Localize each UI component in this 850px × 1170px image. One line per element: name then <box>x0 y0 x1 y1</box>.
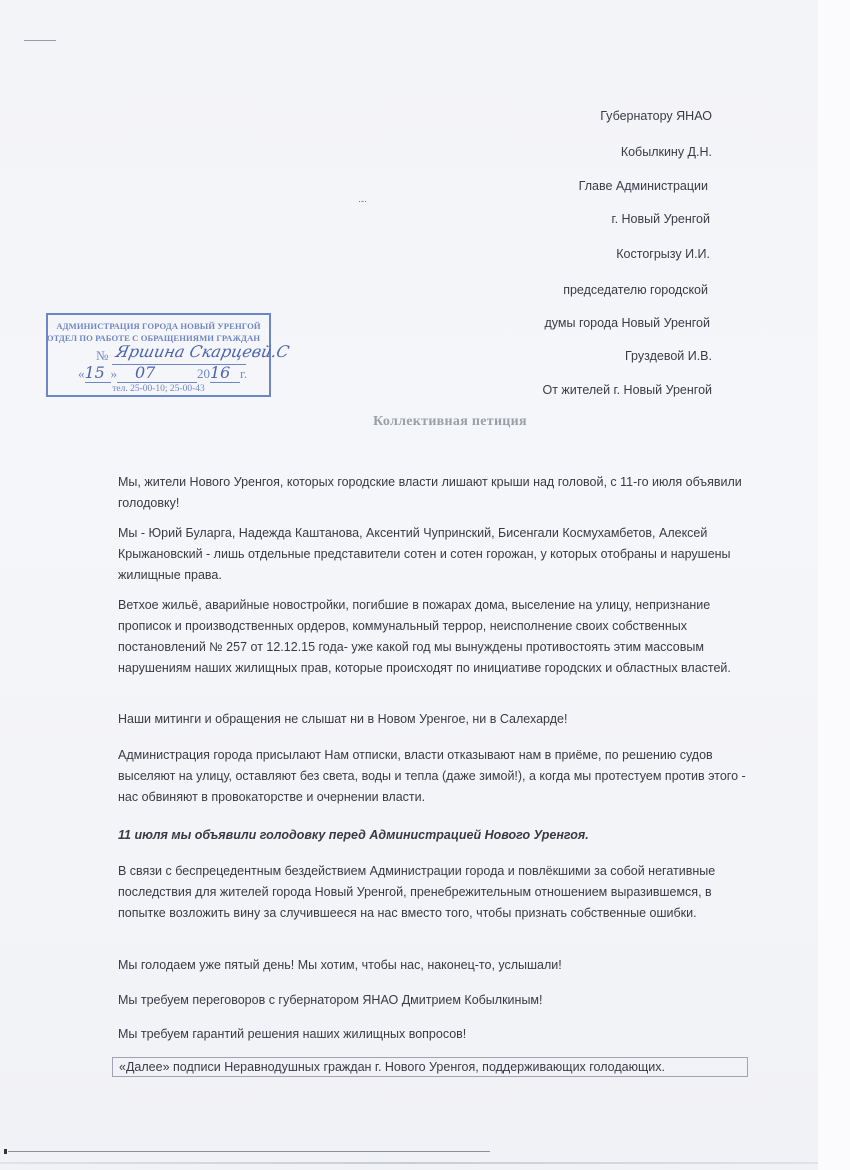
paragraph-demand-guarantees: Мы требуем гарантий решения наших жилищн… <box>118 1024 758 1045</box>
addressee-line: Губернатору ЯНАО <box>600 109 712 123</box>
addressee-line: Главе Администрации <box>579 179 708 193</box>
corner-mark <box>24 40 56 41</box>
date-year-suffix: 16 <box>210 363 234 383</box>
paragraph-not-heard: Наши митинги и обращения не слышат ни в … <box>118 709 758 730</box>
addressee-line: Кобылкину Д.Н. <box>621 145 712 159</box>
paragraph-housing-violations: Ветхое жильё, аварийные новостройки, пог… <box>118 595 758 679</box>
paragraph-demand-negotiations: Мы требуем переговоров с губернатором ЯН… <box>118 990 758 1011</box>
stamp-org-name: АДМИНИСТРАЦИЯ ГОРОДА НОВЫЙ УРЕНГОЙ <box>48 321 269 331</box>
date-year-label: г. <box>240 366 247 382</box>
addressee-line: Груздевой И.В. <box>625 349 712 363</box>
page-bottom-edge <box>0 1162 818 1164</box>
stamp-handwritten-signature: Яршина Скарцевй.С <box>114 342 291 361</box>
signatures-note-box: «Далее» подписи Неравнодушных граждан г.… <box>112 1057 748 1077</box>
scan-speck: ·-· <box>358 198 372 204</box>
stamp-date: «15» 07 2016 г. <box>78 363 247 383</box>
date-month: 07 <box>135 363 191 383</box>
paragraph-fifth-day: Мы голодаем уже пятый день! Мы хотим, чт… <box>118 955 758 976</box>
registration-stamp: АДМИНИСТРАЦИЯ ГОРОДА НОВЫЙ УРЕНГОЙ ОТДЕЛ… <box>46 313 271 397</box>
stamp-phones: тел. 25-00-10; 25-00-43 <box>48 384 269 394</box>
addressee-line: председателю городской <box>563 283 708 297</box>
stamp-number-label: № <box>96 348 108 364</box>
document-title: Коллективная петиция <box>0 414 850 430</box>
date-year-prefix: 20 <box>197 366 210 382</box>
addressee-line: Костогрызу И.И. <box>616 247 710 261</box>
paragraph-strike-location: 11 июля мы объявили голодовку перед Адми… <box>118 825 758 846</box>
paragraph-participants: Мы - Юрий Буларга, Надежда Каштанова, Ак… <box>118 523 758 586</box>
paragraph-administration-response: Администрация города присылают Нам отпис… <box>118 745 758 808</box>
scan-margin <box>818 0 850 1170</box>
bottom-rule <box>8 1151 490 1152</box>
scan-mark <box>4 1149 7 1154</box>
document-page: ·-· Губернатору ЯНАО Кобылкину Д.Н. Глав… <box>0 0 818 1170</box>
paragraph-inaction: В связи с беспрецедентным бездействием А… <box>118 861 758 924</box>
addressee-line: думы города Новый Уренгой <box>544 316 710 330</box>
addressee-line: От жителей г. Новый Уренгой <box>542 383 712 397</box>
date-day: 15 <box>85 363 111 383</box>
addressee-line: г. Новый Уренгой <box>612 212 710 226</box>
paragraph-hunger-strike-announcement: Мы, жители Нового Уренгоя, которых город… <box>118 472 758 514</box>
